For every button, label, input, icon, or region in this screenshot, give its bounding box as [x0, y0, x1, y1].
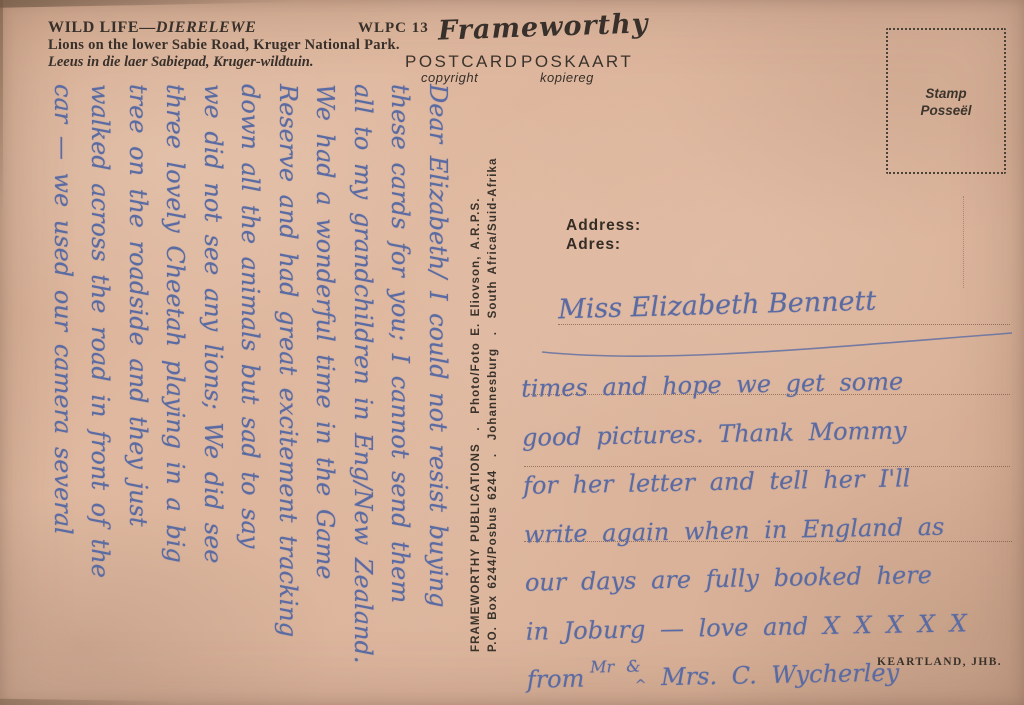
from-word: from — [527, 665, 585, 694]
hand-line: Dear Elizabeth/ I could not resist buyin… — [419, 84, 457, 700]
hand-line: three lovely Cheetah playing in a big — [156, 84, 194, 700]
handwritten-message-horizontal: times and hope we get some good pictures… — [521, 355, 1023, 705]
hand-line: these cards for you; I cannot send them — [381, 84, 419, 700]
hand-line: we did not see any lions; We did see — [194, 84, 232, 700]
hand-line: We had a wonderful time in the Game — [306, 84, 344, 700]
hand-line: car — we used our camera several — [44, 84, 82, 700]
hand-line: walked across the road in front of the — [81, 84, 119, 700]
hand-line: all to my grandchildren in Eng/New Zeala… — [344, 84, 382, 700]
handwritten-message-vertical: Dear Elizabeth/ I could not resist buyin… — [44, 84, 457, 700]
from-inserted-text: Mr & — [590, 657, 641, 677]
postcard-back: WILD LIFE—DIERELEWE WLPC 13 Frameworthy … — [0, 0, 1024, 705]
signature-name: Mrs. C. Wycherley — [661, 659, 900, 692]
hand-line: in Joburg — love and X X X X X — [525, 598, 1021, 656]
hand-line: Reserve and had great excitement trackin… — [269, 84, 307, 700]
hand-line: tree on the roadside and they just — [119, 84, 157, 700]
printer-imprint: KEARTLAND, JHB. — [877, 656, 1002, 668]
hand-line: down all the animals but sad to say — [231, 84, 269, 700]
insert-caret: ^ — [635, 677, 647, 693]
